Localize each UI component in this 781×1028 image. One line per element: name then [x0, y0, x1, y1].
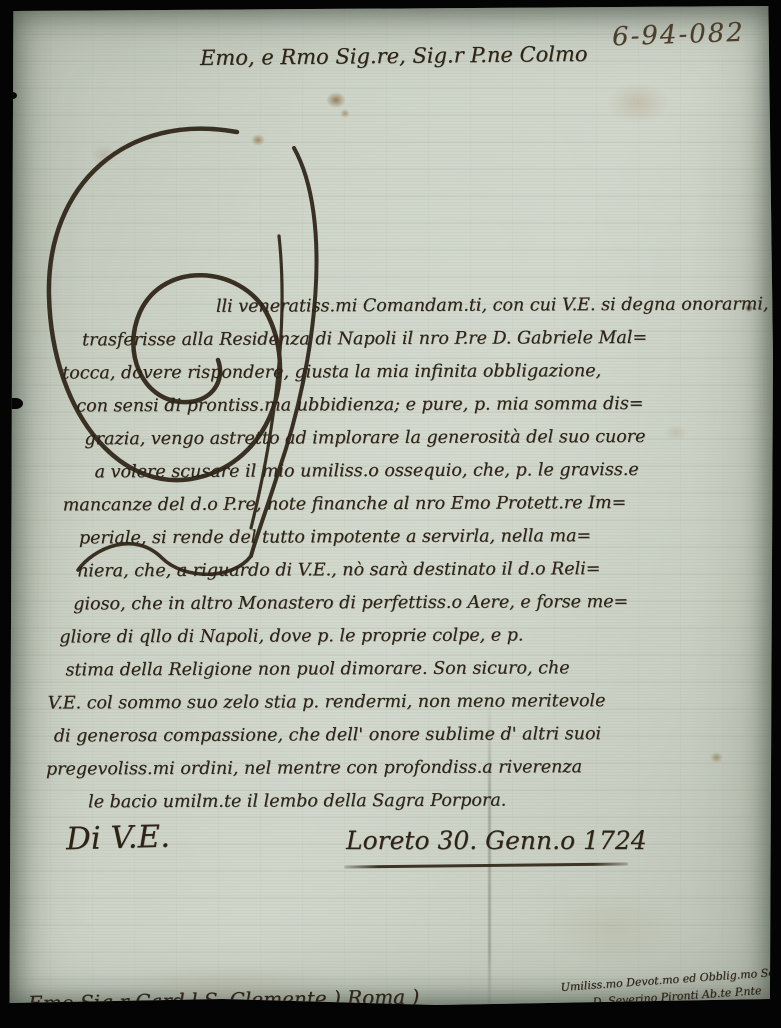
catalog-number: 6-94-082: [612, 18, 746, 53]
scan-edge-artifact: [8, 398, 23, 409]
manuscript-line: con sensi di prontiss.ma ubbidienza; e p…: [40, 387, 766, 423]
manuscript-line: niera, che, a riguardo di V.E., nò sarà …: [41, 552, 767, 588]
manuscript-line: a volere scusare il mio umiliss.o ossequ…: [41, 453, 767, 489]
manuscript-line: tocca, dovere rispondere, giusta la mia …: [40, 354, 766, 390]
ink-stain: [340, 109, 350, 118]
manuscript-line: V.E. col sommo suo zelo stia p. rendermi…: [42, 684, 768, 720]
manuscript-line: grazia, vengo astretto ad implorare la g…: [40, 420, 766, 456]
paper-discoloration: [606, 82, 670, 124]
dateline: Loreto 30. Genn.o 1724: [346, 826, 647, 855]
manuscript-line: di generosa compassione, che dell' onore…: [42, 717, 768, 753]
paper-discoloration: [90, 144, 118, 166]
manuscript-line: pregevoliss.mi ordini, nel mentre con pr…: [42, 750, 768, 786]
signature-block: Umiliss.mo Devot.mo ed Obblig.mo Ser.re …: [560, 965, 762, 1013]
address-line: Emo Sig.r Card.l S. Clemente ) Roma ): [28, 985, 420, 1016]
manuscript-line: mancanze del d.o P.re, note finanche al …: [41, 486, 767, 522]
manuscript-line: periale, si rende del tutto impotente a …: [41, 519, 767, 555]
ink-stain: [251, 134, 265, 146]
dateline-underline-flourish: [344, 863, 628, 869]
manuscript-line: stima della Religione non puol dimorare.…: [41, 651, 767, 687]
scan-edge-artifact: [8, 92, 17, 99]
scan-background: 6-94-082 Emo, e Rmo Sig.re, Sig.r P.ne C…: [0, 0, 781, 1028]
ink-stain: [326, 92, 346, 108]
manuscript-line: trasferisse alla Residenza di Napoli il …: [40, 321, 766, 357]
manuscript-line: lli veneratiss.mi Comandam.ti, con cui V…: [40, 288, 766, 324]
manuscript-line: le bacio umilm.te il lembo della Sagra P…: [42, 783, 768, 819]
letter-body: lli veneratiss.mi Comandam.ti, con cui V…: [40, 288, 768, 819]
paper-discoloration: [536, 890, 686, 964]
valediction: Di V.E.: [66, 819, 171, 858]
letter-page: 6-94-082 Emo, e Rmo Sig.re, Sig.r P.ne C…: [8, 6, 773, 1007]
manuscript-line: gliore di qllo di Napoli, dove p. le pro…: [41, 618, 767, 654]
manuscript-line: gioso, che in altro Monastero di perfett…: [41, 585, 767, 621]
salutation-line: Emo, e Rmo Sig.re, Sig.r P.ne Colmo: [200, 42, 588, 70]
